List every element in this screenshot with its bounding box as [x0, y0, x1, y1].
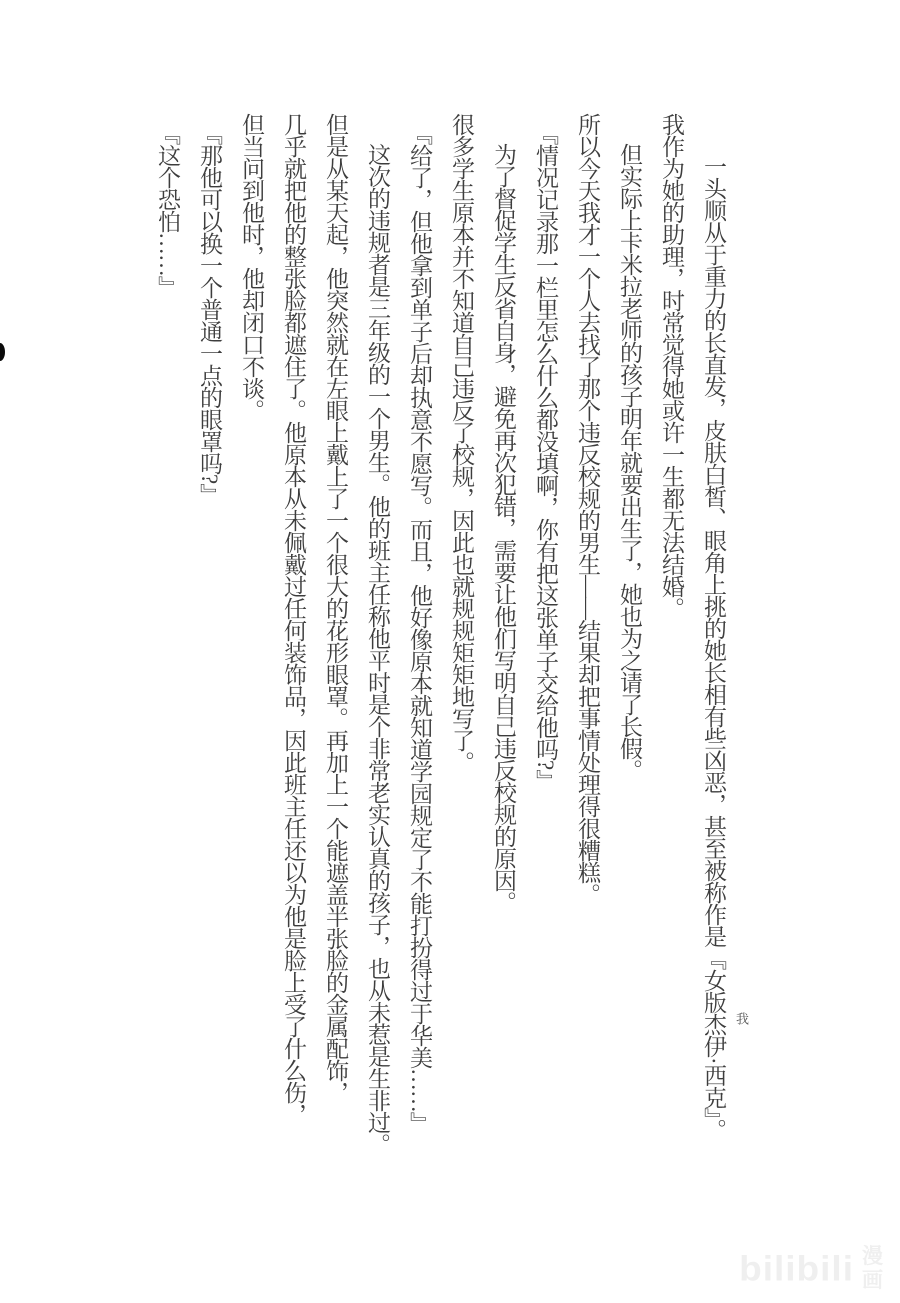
bilibili-logo: bilibili	[739, 1249, 854, 1289]
manga-label: 漫画	[861, 1245, 884, 1293]
page-edge-marker	[0, 343, 5, 361]
text-column-dialogue: 『这个恐怕……』	[146, 110, 188, 1303]
side-annotation: 我	[732, 1012, 751, 1025]
text-column-dialogue: 『情况记录那一栏里怎么什么都没填啊，你有把这张单子交给他吗?』	[524, 110, 566, 1303]
text-column: 很多学生原本并不知道自己违反了校规，因此也就规规矩矩地写了。	[440, 110, 482, 1303]
text-column: 这次的违规者是三年级的一个男生。他的班主任称他平时是个非常老实认真的孩子，也从未…	[356, 110, 398, 1303]
text-column: 但是从某天起，他突然就在左眼上戴上了一个很大的花形眼罩。再加上一个能遮盖半张脸的…	[314, 110, 356, 1303]
text-column: 几乎就把他的整张脸都遮住了。他原本从未佩戴过任何装饰品，因此班主任还以为他是脸上…	[272, 110, 314, 1303]
text-column: 我作为她的助理，时常觉得她或许一生都无法结婚。	[650, 110, 692, 1303]
text-column: 但实际上卡米拉老师的孩子明年就要出生了，她也为之请了长假。	[608, 110, 650, 1303]
novel-reader-page: 一头顺从于重力的长直发，皮肤白皙、眼角上挑的她长相有些凶恶，甚至被称作是『女版杰…	[0, 0, 900, 1303]
novel-text-block: 一头顺从于重力的长直发，皮肤白皙、眼角上挑的她长相有些凶恶，甚至被称作是『女版杰…	[146, 110, 734, 1303]
text-column-dialogue: 『给了，但他拿到单子后却执意不愿写。而且，他好像原本就知道学园规定了不能打扮得过…	[398, 110, 440, 1303]
text-column-dialogue: 『那他可以换一个普通一点的眼罩吗?』	[188, 110, 230, 1303]
text-column: 但当问到他时，他却闭口不谈。	[230, 110, 272, 1303]
text-column: 一头顺从于重力的长直发，皮肤白皙、眼角上挑的她长相有些凶恶，甚至被称作是『女版杰…	[692, 110, 734, 1303]
text-column: 为了督促学生反省自身，避免再次犯错，需要让他们写明自己违反校规的原因。	[482, 110, 524, 1303]
text-column: 所以今天我才一个人去找了那个违反校规的男生——结果却把事情处理得很糟糕。	[566, 110, 608, 1303]
bilibili-manga-watermark: bilibili 漫画	[739, 1245, 884, 1293]
